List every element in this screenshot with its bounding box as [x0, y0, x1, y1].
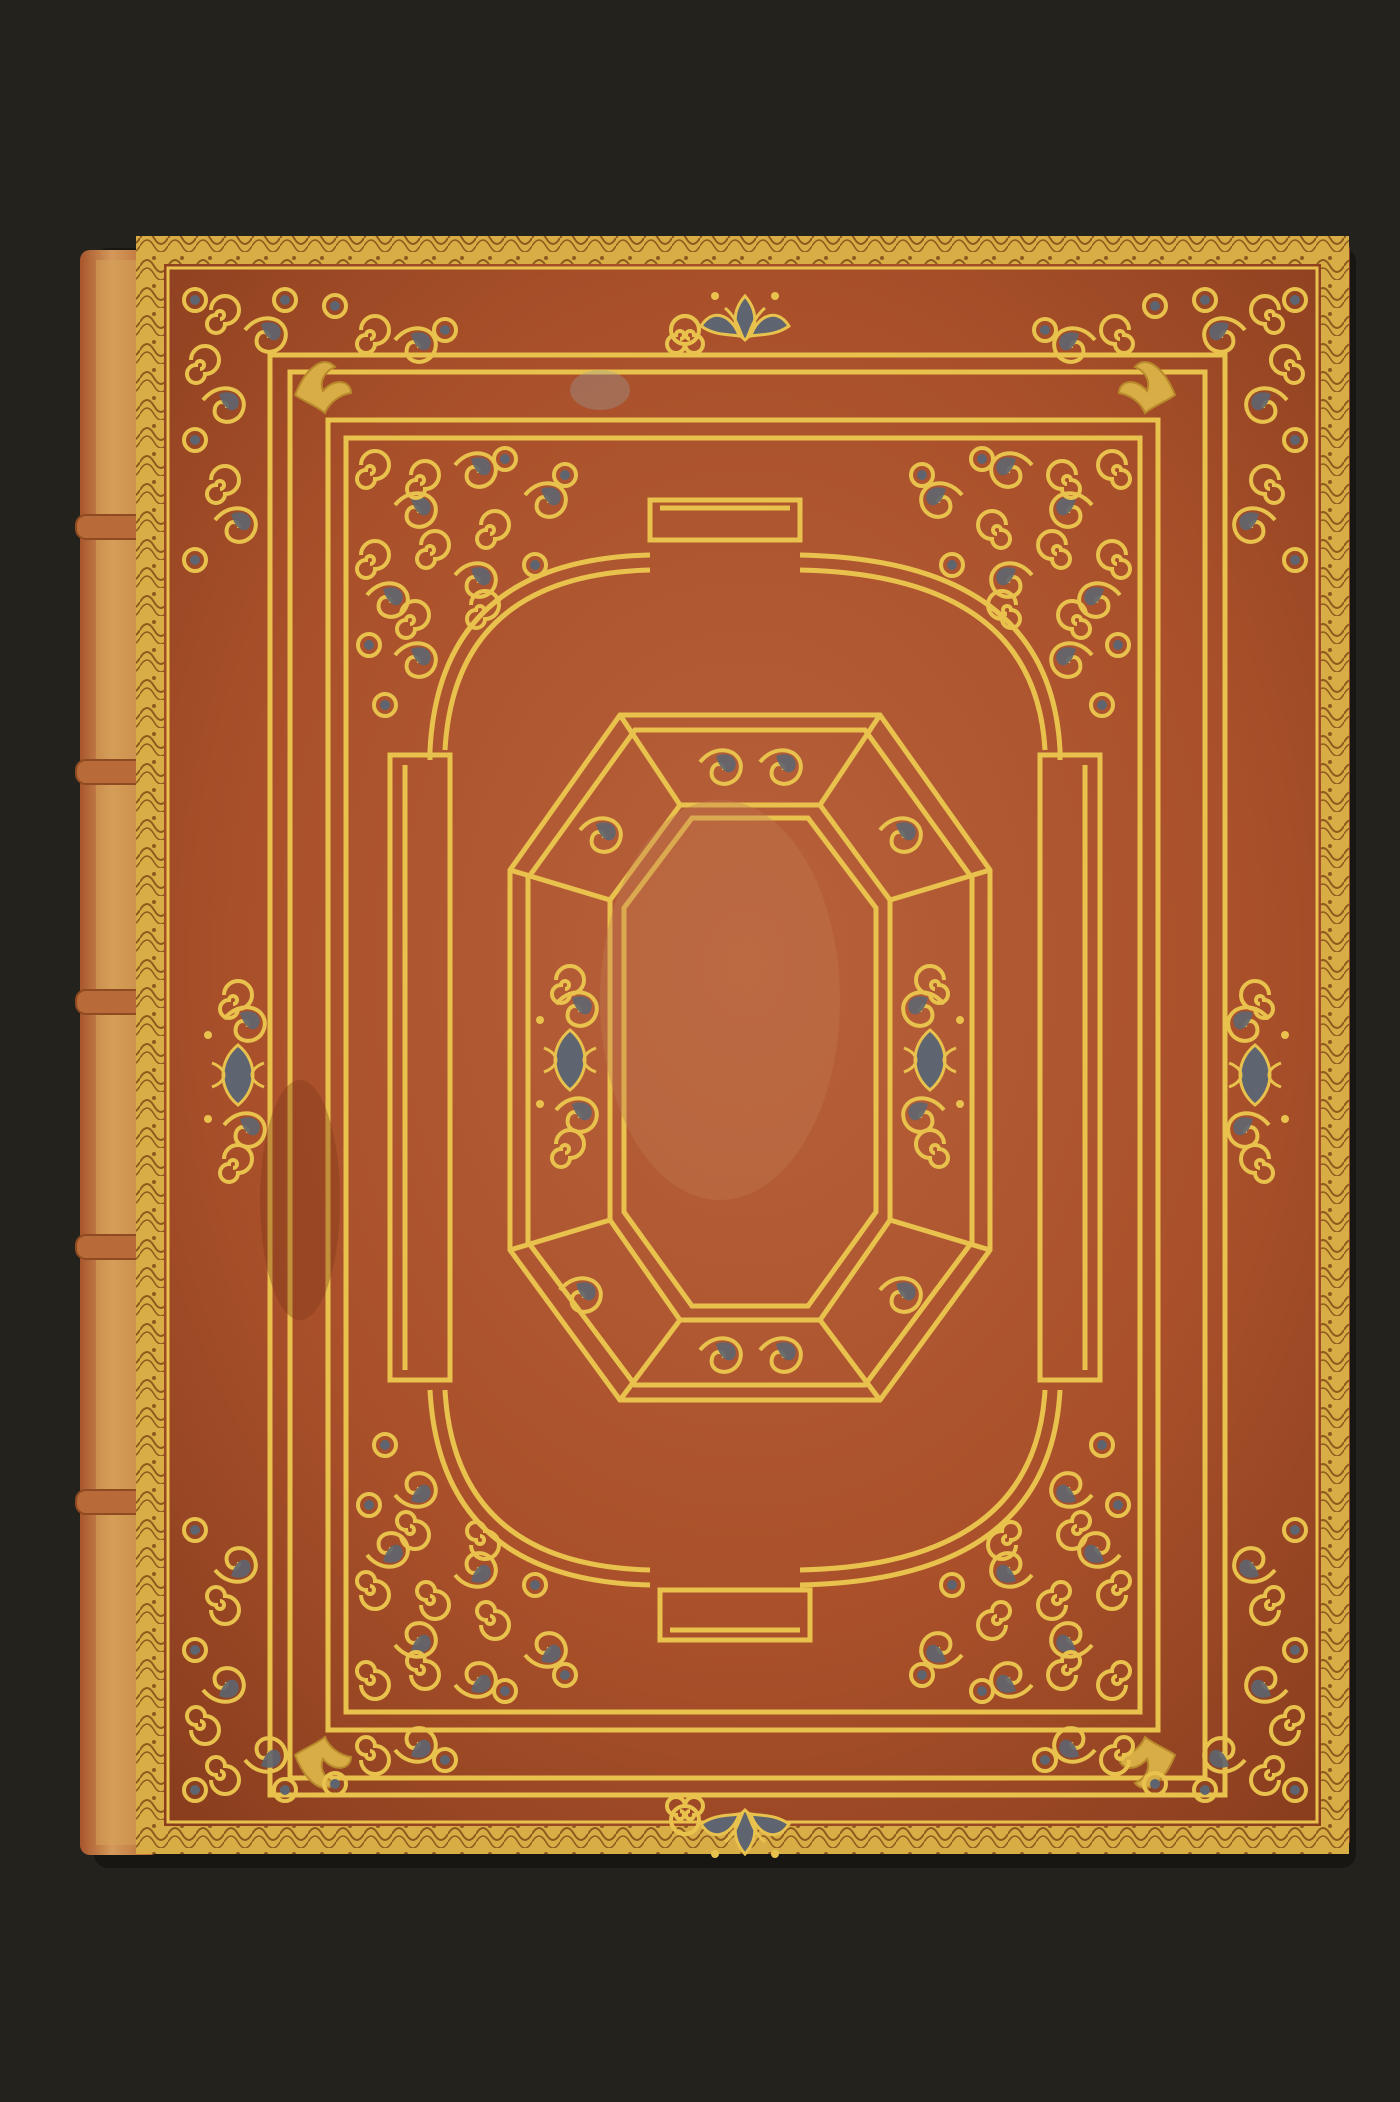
book-cover-illustration: [0, 0, 1400, 2102]
photo-stage: [0, 0, 1400, 2102]
